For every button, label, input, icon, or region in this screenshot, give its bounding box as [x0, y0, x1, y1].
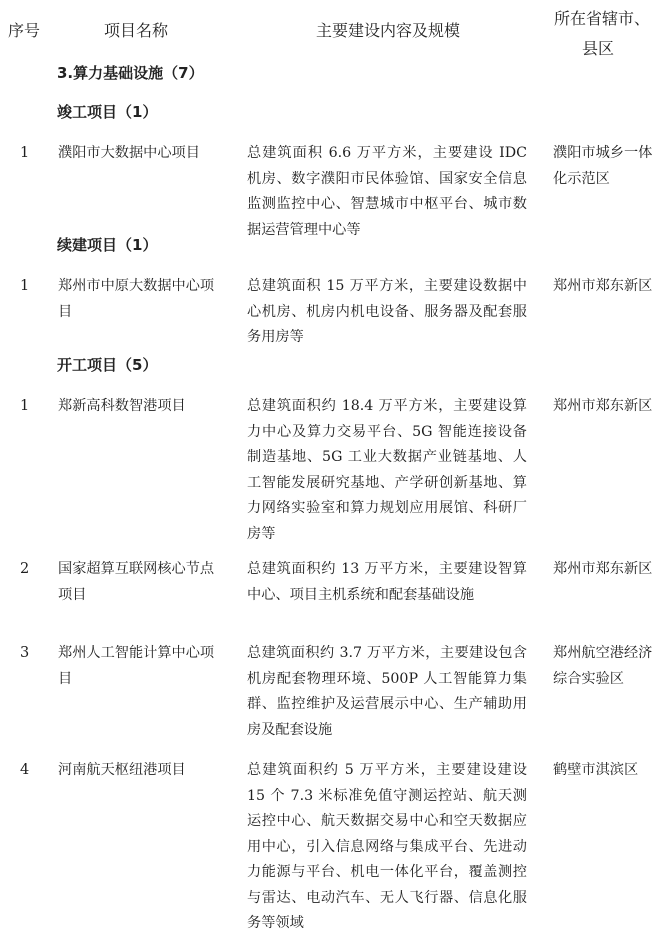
row-project-name: 郑州市中原大数据中心项目 — [58, 274, 228, 325]
row-location: 郑州市郑东新区 — [553, 274, 657, 300]
row-content: 总建筑面积约 13 万平方米，主要建设智算中心、项目主机系统和配套基础设施 — [247, 557, 527, 608]
row-location: 鹤壁市淇滨区 — [553, 758, 657, 784]
header-location-line2: 县区 — [582, 36, 614, 62]
row-content: 总建筑面积 6.6 万平方米，主要建设 IDC 机房、数字濮阳市民体验馆、国家安… — [247, 141, 527, 243]
row-seq: 1 — [20, 141, 40, 167]
row-project-name: 濮阳市大数据中心项目 — [58, 141, 228, 167]
row-seq: 1 — [20, 394, 40, 420]
header-name: 项目名称 — [104, 18, 168, 44]
group-title-started: 开工项目（5） — [57, 354, 157, 375]
row-content: 总建筑面积 15 万平方米，主要建设数据中心机房、机房内机电设备、服务器及配套服… — [247, 274, 527, 351]
row-project-name: 河南航天枢纽港项目 — [58, 758, 228, 784]
row-seq: 3 — [20, 641, 40, 667]
row-location: 濮阳市城乡一体化示范区 — [553, 141, 657, 192]
header-location-line1: 所在省辖市、 — [554, 6, 650, 32]
row-content: 总建筑面积约 18.4 万平方米，主要建设算力中心及算力交易平台、5G 智能连接… — [247, 394, 527, 547]
row-content: 总建筑面积约 5 万平方米，主要建设建设 15 个 7.3 米标准免值守测运控站… — [247, 758, 527, 934]
category-title: 3.算力基础设施（7） — [57, 62, 204, 83]
group-title-continuing: 续建项目（1） — [57, 234, 157, 255]
row-location: 郑州市郑东新区 — [553, 394, 657, 420]
header-seq: 序号 — [8, 18, 40, 44]
row-project-name: 郑州人工智能计算中心项目 — [58, 641, 228, 692]
group-title-completed: 竣工项目（1） — [57, 101, 157, 122]
row-project-name: 国家超算互联网核心节点项目 — [58, 557, 228, 608]
header-content: 主要建设内容及规模 — [316, 18, 460, 44]
row-location: 郑州市郑东新区 — [553, 557, 657, 583]
row-seq: 2 — [20, 557, 40, 583]
row-content: 总建筑面积约 3.7 万平方米，主要建设包含机房配套物理环境、500P 人工智能… — [247, 641, 527, 743]
row-seq: 1 — [20, 274, 40, 300]
row-location: 郑州航空港经济综合实验区 — [553, 641, 657, 692]
row-project-name: 郑新高科数智港项目 — [58, 394, 228, 420]
row-seq: 4 — [20, 758, 40, 784]
